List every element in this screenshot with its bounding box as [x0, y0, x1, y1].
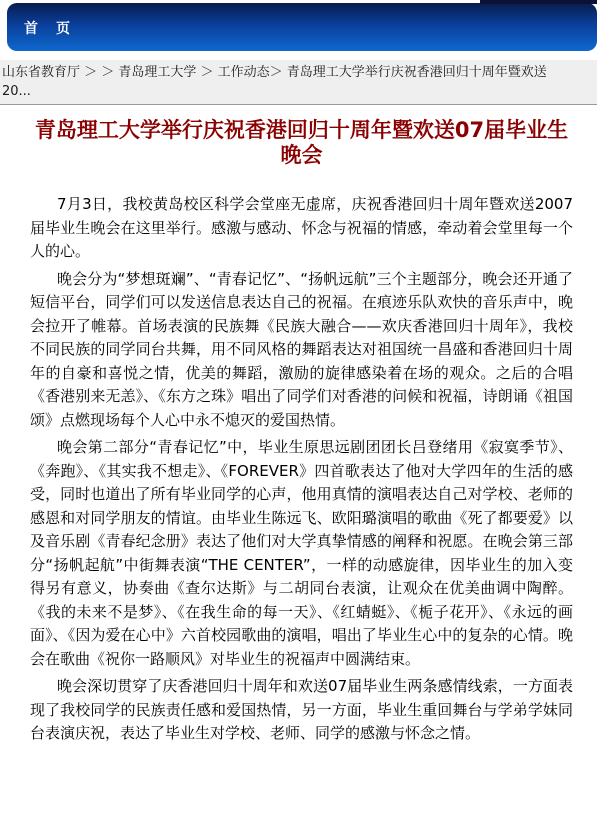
article-body: 7月3日，我校黄岛校区科学会堂座无虚席，庆祝香港回归十周年暨欢送2007届毕业生… [30, 193, 573, 750]
top-edge-decoration [480, 0, 597, 4]
top-nav-bar: 首 页 [7, 3, 597, 51]
nav-home-link[interactable]: 首 页 [24, 18, 72, 38]
article-paragraph-1: 7月3日，我校黄岛校区科学会堂座无虚席，庆祝香港回归十周年暨欢送2007届毕业生… [30, 193, 573, 264]
article-paragraph-4: 晚会深切贯穿了庆香港回归十周年和欢送07届毕业生两条感情线索，一方面表现了我校同… [30, 675, 573, 746]
article-paragraph-2: 晚会分为“梦想斑斓”、“青春记忆”、“扬帆远航”三个主题部分，晚会还开通了短信平… [30, 268, 573, 433]
article-title: 青岛理工大学举行庆祝香港回归十周年暨欢送07届毕业生晚会 [30, 118, 573, 168]
breadcrumb-current-truncated: 20... [2, 82, 589, 101]
breadcrumb-trail[interactable]: 山东省教育厅 ＞ ＞ 青岛理工大学 ＞ 工作动态＞ 青岛理工大学举行庆祝香港回归… [2, 63, 589, 82]
breadcrumb: 山东省教育厅 ＞ ＞ 青岛理工大学 ＞ 工作动态＞ 青岛理工大学举行庆祝香港回归… [0, 60, 597, 105]
article-paragraph-3: 晚会第二部分“青春记忆”中，毕业生原思远剧团团长吕登绪用《寂寞季节》、《奔跑》、… [30, 436, 573, 671]
page: 首 页 山东省教育厅 ＞ ＞ 青岛理工大学 ＞ 工作动态＞ 青岛理工大学举行庆祝… [0, 0, 603, 818]
